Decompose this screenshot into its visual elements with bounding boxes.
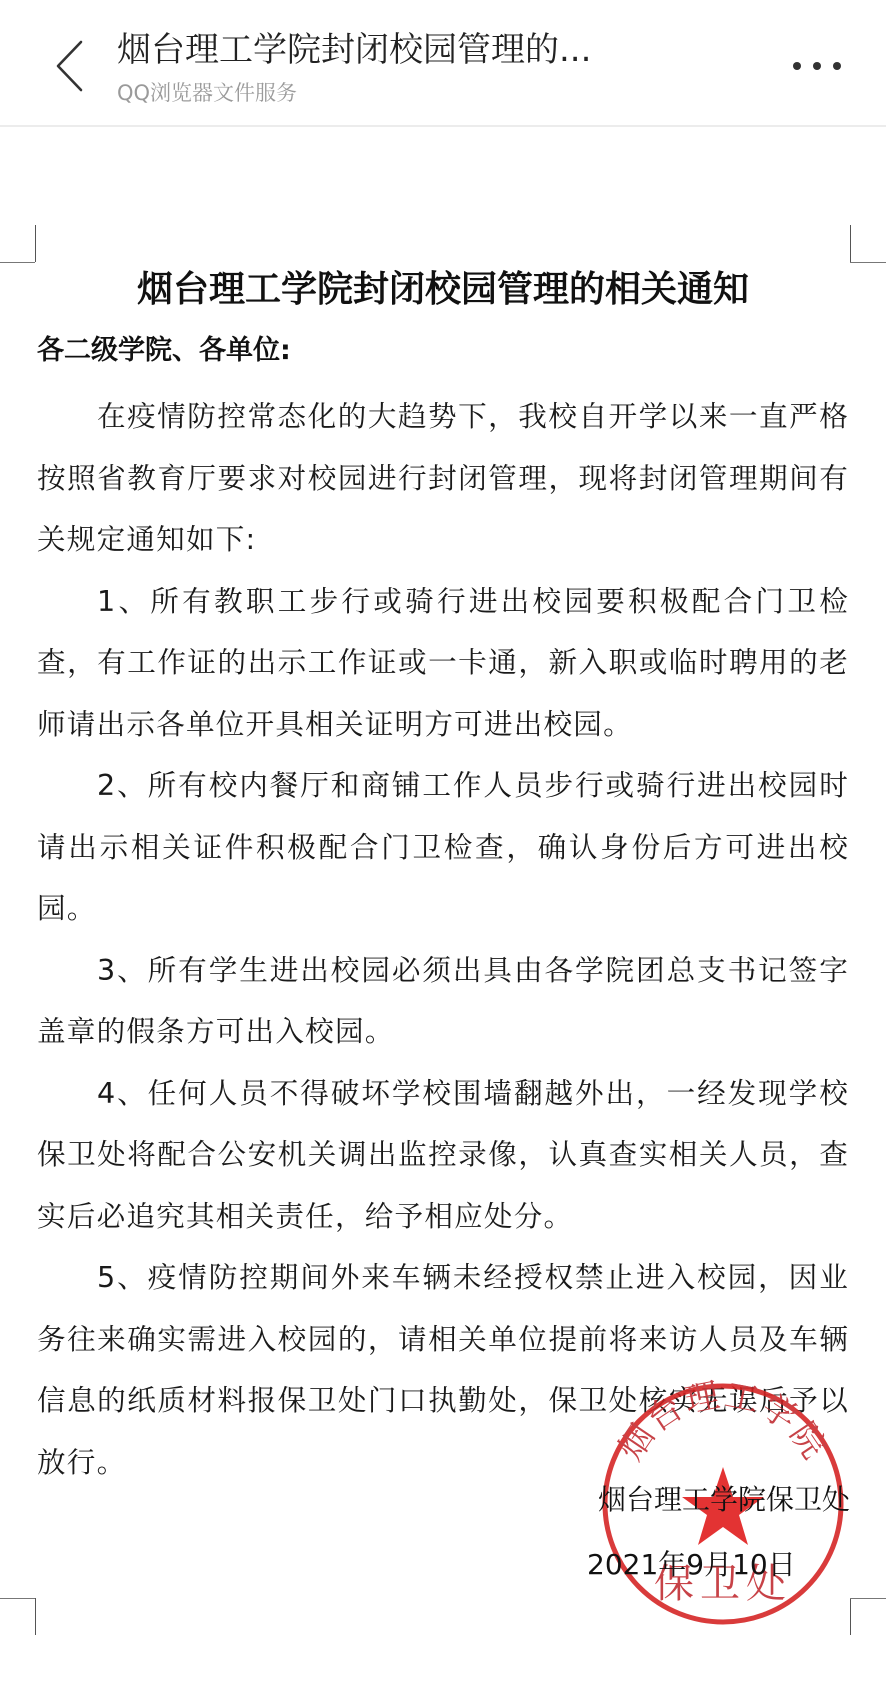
chevron-left-icon bbox=[50, 38, 90, 94]
more-horizontal-icon-dot bbox=[793, 62, 801, 70]
more-options-button[interactable] bbox=[788, 52, 846, 80]
svg-text:烟台理工学院: 烟台理工学院 bbox=[611, 1379, 835, 1468]
document-title: 烟台理工学院封闭校园管理的相关通知 bbox=[0, 268, 886, 312]
rule-paragraph-1: 1、所有教职工步行或骑行进出校园要积极配合门卫检查，有工作证的出示工作证或一卡通… bbox=[37, 571, 849, 756]
back-button[interactable] bbox=[50, 38, 90, 94]
signature-date: 2021年9月10日 bbox=[587, 1547, 796, 1583]
signature-issuer: 烟台理工学院保卫处 bbox=[598, 1482, 850, 1518]
rule-paragraph-2: 2、所有校内餐厅和商铺工作人员步行或骑行进出校园时请出示相关证件积极配合门卫检查… bbox=[37, 755, 849, 940]
app-header: 烟台理工学院封闭校园管理的... QQ浏览器文件服务 bbox=[0, 0, 886, 126]
rule-paragraph-4: 4、任何人员不得破坏学校围墙翻越外出，一经发现学校保卫处将配合公安机关调出监控录… bbox=[37, 1063, 849, 1248]
document-viewer[interactable]: 烟台理工学院封闭校园管理的相关通知 各二级学院、各单位: 在疫情防控常态化的大趋… bbox=[0, 127, 886, 1693]
document-body: 在疫情防控常态化的大趋势下，我校自开学以来一直严格按照省教育厅要求对校园进行封闭… bbox=[37, 386, 849, 1493]
header-title: 烟台理工学院封闭校园管理的... bbox=[117, 30, 591, 70]
intro-paragraph: 在疫情防控常态化的大趋势下，我校自开学以来一直严格按照省教育厅要求对校园进行封闭… bbox=[37, 386, 849, 571]
more-horizontal-icon-dot bbox=[813, 62, 821, 70]
header-subtitle: QQ浏览器文件服务 bbox=[117, 80, 297, 106]
rule-paragraph-3: 3、所有学生进出校园必须出具由各学院团总支书记签字盖章的假条方可出入校园。 bbox=[37, 940, 849, 1063]
salutation: 各二级学院、各单位: bbox=[37, 334, 291, 368]
more-horizontal-icon-dot bbox=[833, 62, 841, 70]
seal-top-text: 烟台理工学院 bbox=[611, 1379, 835, 1468]
